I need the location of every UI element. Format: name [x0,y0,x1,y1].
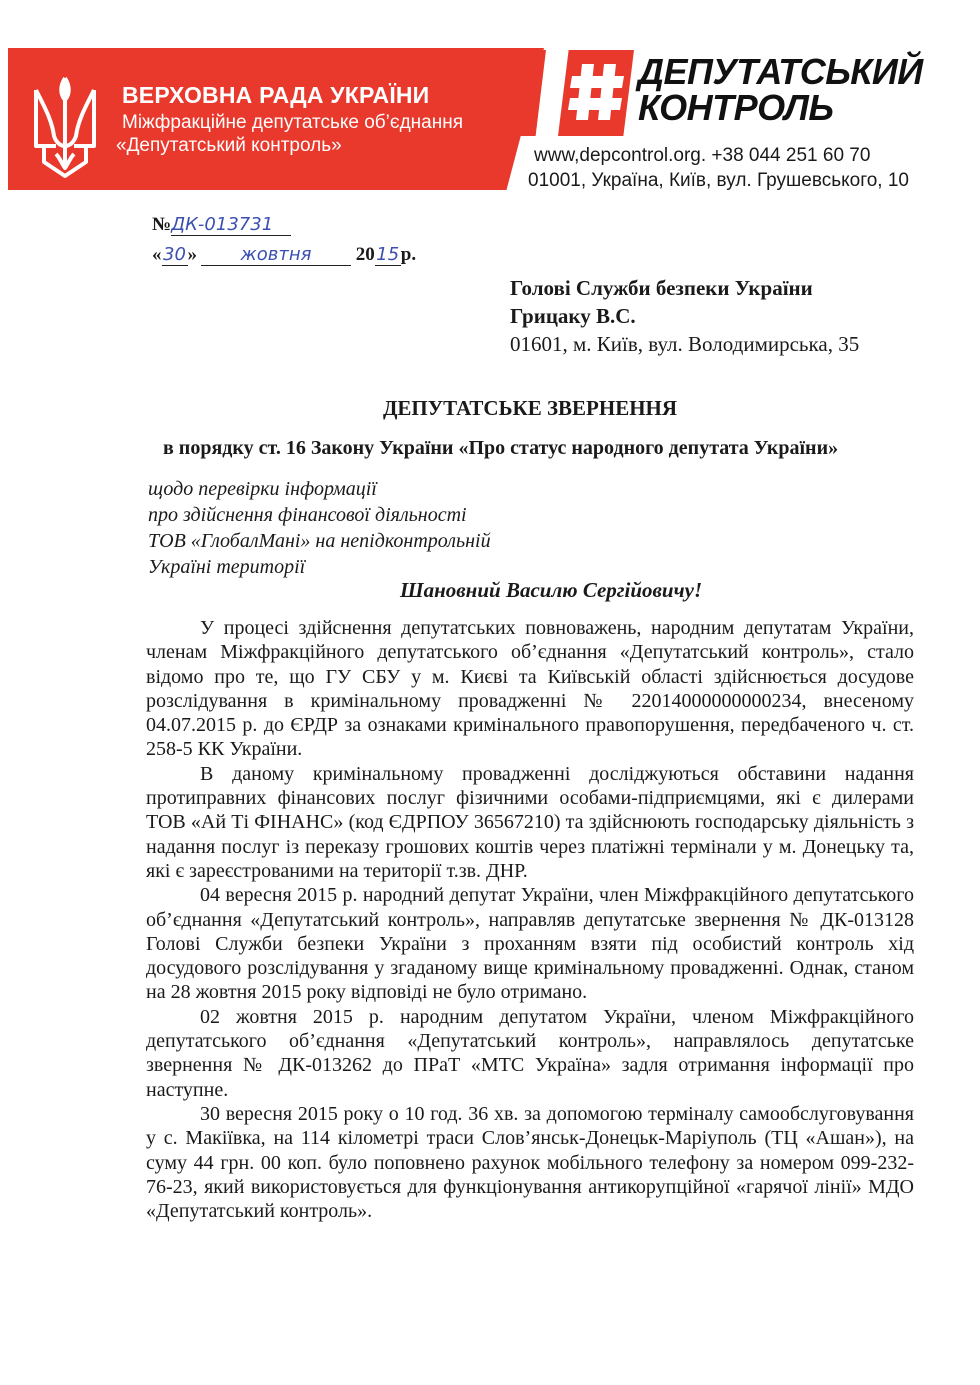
subject-block: щодо перевірки інформації про здійснення… [148,476,491,580]
addressee-address: 01601, м. Київ, вул. Володимирська, 35 [510,330,859,358]
registration-number: №ДК-013731 [152,214,291,236]
addressee-name: Грицаку В.С. [510,302,859,330]
document-title: ДЕПУТАТСЬКЕ ЗВЕРНЕННЯ [0,396,980,421]
year-suffix: р. [401,244,416,265]
handwritten-day: 30 [162,244,188,266]
registration-date: «30»жовтня 2015р. [152,244,416,266]
letter-body: У процесі здійснення депутатських повнов… [146,616,914,1223]
date-quote-close: » [188,244,198,265]
org-subtitle-line2: «Депутатський контроль» [116,135,342,157]
handwritten-month: жовтня [201,244,351,266]
handwritten-year: 15 [375,244,401,266]
contact-address: 01001, Україна, Київ, вул. Грушевського,… [528,170,909,192]
subject-line: щодо перевірки інформації [148,476,491,502]
body-paragraph: 02 жовтня 2015 р. народним депутатом Укр… [146,1005,914,1102]
trident-icon [30,76,100,180]
subject-line: ТОВ «ГлобалМані» на непідконтрольній [148,528,491,554]
date-quote-open: « [152,244,162,265]
body-paragraph: В даному кримінальному провадженні дослі… [146,762,914,883]
year-prefix: 20 [356,244,375,265]
org-subtitle-line1: Міжфракційне депутатське об’єднання [122,112,463,134]
org-title: ВЕРХОВНА РАДА УКРАЇНИ [122,82,429,109]
subject-line: Україні території [148,554,491,580]
number-prefix: № [152,214,171,235]
handwritten-number: ДК-013731 [171,214,291,236]
brand-title-line1: ДЕПУТАТСЬКИЙ [638,54,923,90]
salutation: Шановний Василю Сергійовичу! [400,578,702,603]
addressee-position: Голові Служби безпеки України [510,274,859,302]
addressee-block: Голові Служби безпеки України Грицаку В.… [510,274,859,358]
body-paragraph: 04 вересня 2015 р. народний депутат Укра… [146,883,914,1004]
brand-title-line2: КОНТРОЛЬ [638,90,833,126]
subject-line: про здійснення фінансової діяльності [148,502,491,528]
hashtag-icon [566,56,628,128]
document-subtitle: в порядку ст. 16 Закону України «Про ста… [163,437,838,460]
body-paragraph: У процесі здійснення депутатських повнов… [146,616,914,762]
body-paragraph: 30 вересня 2015 року о 10 год. 36 хв. за… [146,1102,914,1223]
contact-website-phone: www,depcontrol.org. +38 044 251 60 70 [534,145,870,167]
